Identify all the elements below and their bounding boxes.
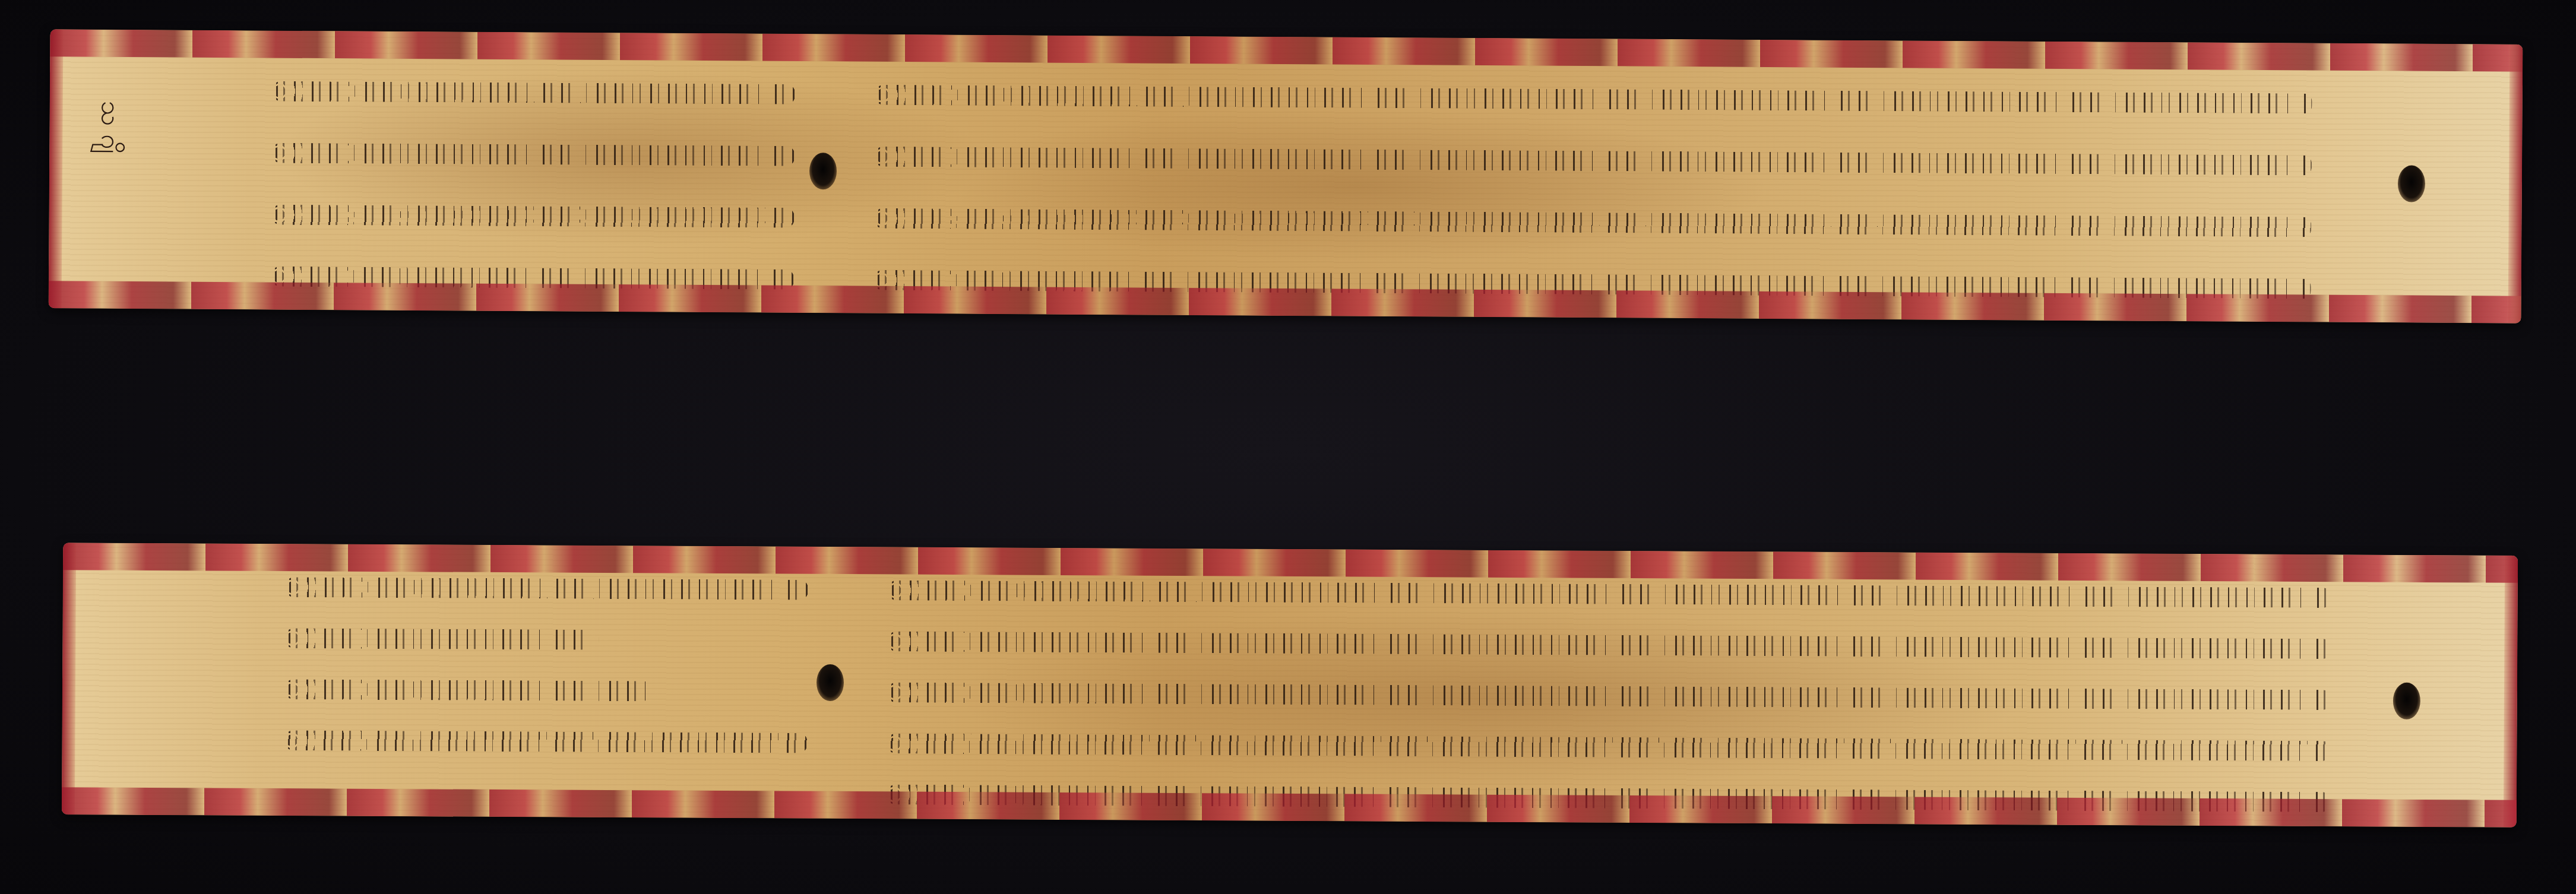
text-line: [273, 61, 796, 125]
text-line: [286, 562, 808, 616]
script-line-1: [888, 580, 2331, 608]
script-line-1: [875, 85, 2312, 114]
lacquer-edge-left: [62, 543, 76, 814]
text-line: [888, 616, 2331, 674]
text-line: [888, 667, 2331, 725]
text-line: [271, 184, 795, 249]
script-line-2: [285, 628, 599, 650]
manuscript-text-right: [874, 64, 2312, 320]
script-line-2: [875, 147, 2312, 176]
palm-leaf-bottom: [62, 543, 2518, 828]
text-line: [887, 769, 2330, 827]
script-line-4: [874, 270, 2311, 299]
text-line: [874, 188, 2312, 258]
binding-hole-right: [2393, 683, 2420, 719]
script-line-4: [887, 733, 2330, 761]
manuscript-text-right: [887, 565, 2331, 827]
binding-hole-left: [809, 153, 837, 189]
script-line-1: [286, 577, 808, 600]
script-line-3: [888, 682, 2331, 710]
manuscript-text-left: [284, 562, 808, 769]
text-line: [874, 249, 2312, 320]
script-line-1: [273, 81, 795, 104]
lacquer-edge-right: [2508, 45, 2523, 324]
text-line: [875, 126, 2312, 196]
script-line-3: [874, 208, 2311, 237]
text-line: [875, 64, 2313, 135]
script-line-4: [284, 730, 807, 753]
lacquer-edge-left: [49, 29, 64, 308]
text-line: [285, 613, 808, 667]
binding-hole-right: [2398, 165, 2425, 202]
script-line-3: [285, 679, 651, 701]
palm-leaf-top: သ ဂျိ: [49, 29, 2523, 323]
text-line: [888, 565, 2331, 623]
binding-hole-left: [817, 664, 844, 701]
manuscript-text-left: [271, 61, 796, 310]
text-line: [285, 664, 808, 718]
script-line-5: [887, 784, 2330, 812]
script-line-3: [271, 205, 794, 228]
script-line-4: [271, 267, 794, 290]
text-line: [271, 246, 795, 310]
text-line: [284, 715, 807, 769]
lacquer-edge-right: [2504, 556, 2518, 828]
script-line-2: [888, 631, 2331, 659]
script-line-2: [272, 143, 795, 166]
folio-margin-note: သ ဂျိ: [97, 101, 124, 154]
text-line: [887, 718, 2330, 776]
text-line: [272, 122, 795, 187]
